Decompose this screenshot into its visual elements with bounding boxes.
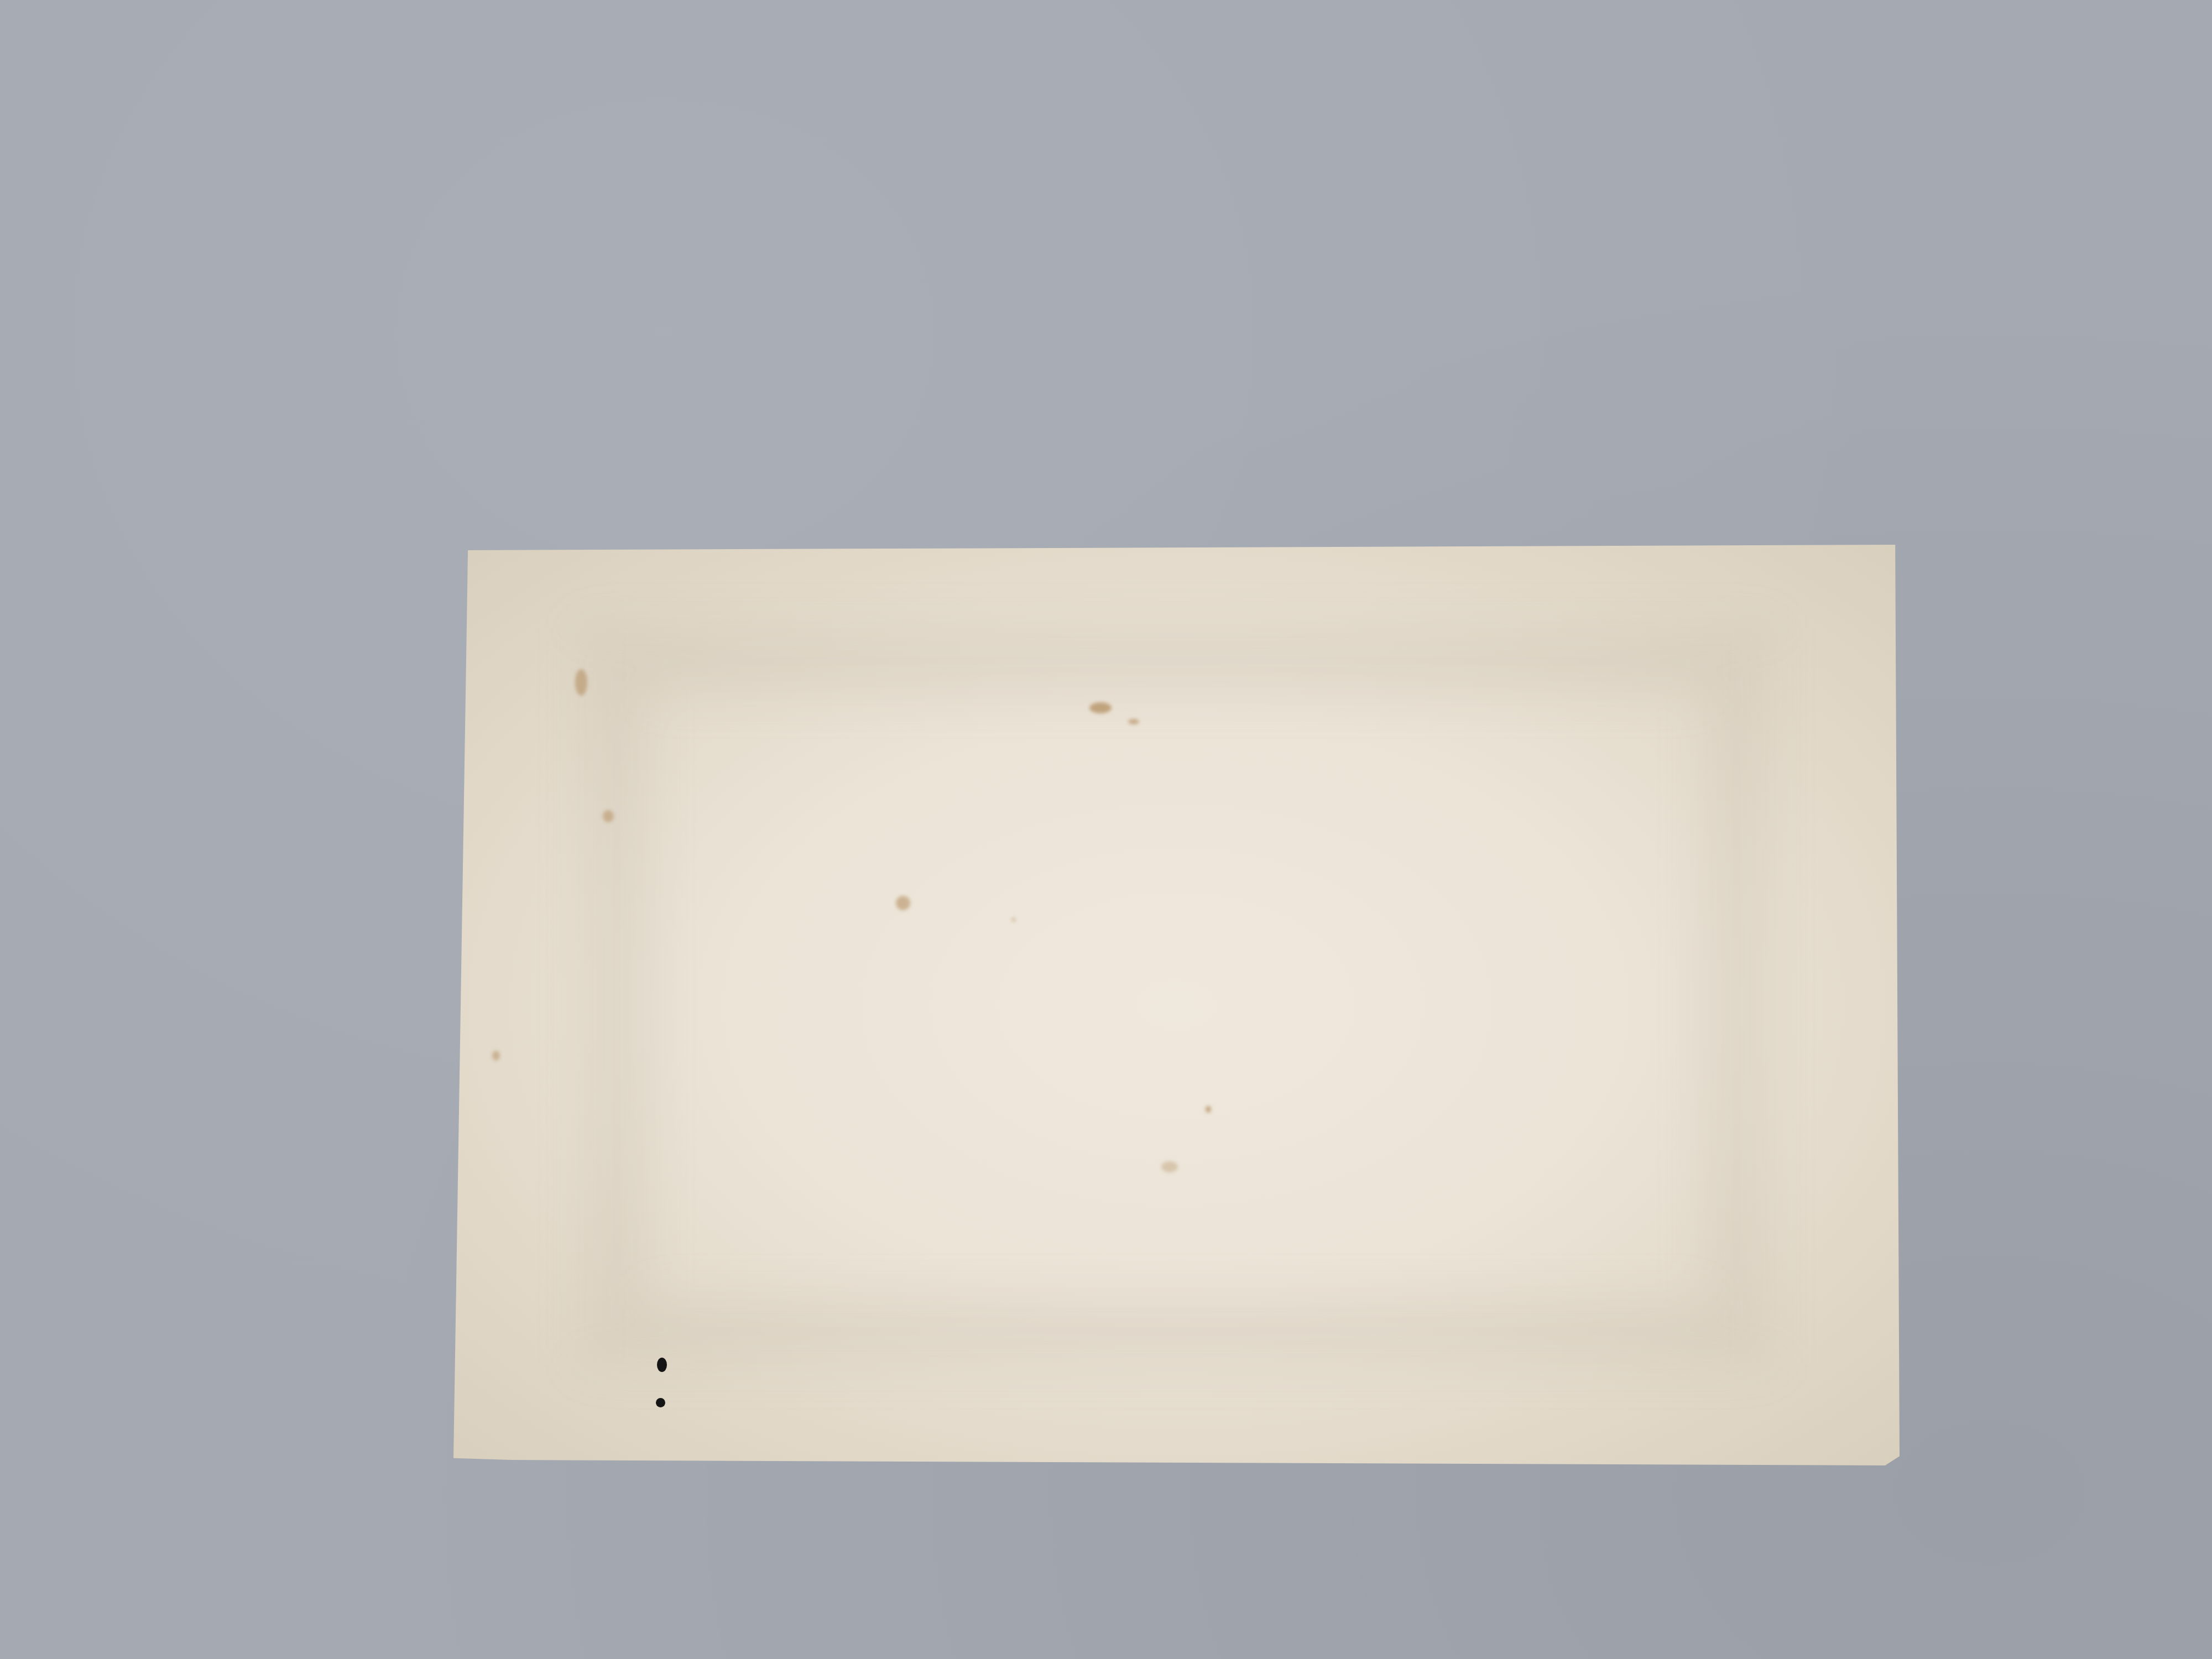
stain-mark: [603, 810, 614, 822]
stain-mark: [1161, 1161, 1178, 1172]
stain-mark: [896, 896, 910, 910]
stain-mark: [1012, 918, 1015, 921]
pin-hole: [656, 1398, 665, 1407]
aged-blank-card: [453, 545, 1900, 1465]
stain-mark: [1089, 702, 1112, 713]
gray-surface-background: [0, 0, 2212, 1659]
faded-frame-imprint: [583, 628, 1769, 1364]
pin-hole: [657, 1358, 667, 1372]
stain-mark: [1206, 1106, 1211, 1113]
stain-mark: [492, 1051, 500, 1061]
stain-mark: [1128, 719, 1139, 724]
stain-mark: [575, 669, 587, 696]
